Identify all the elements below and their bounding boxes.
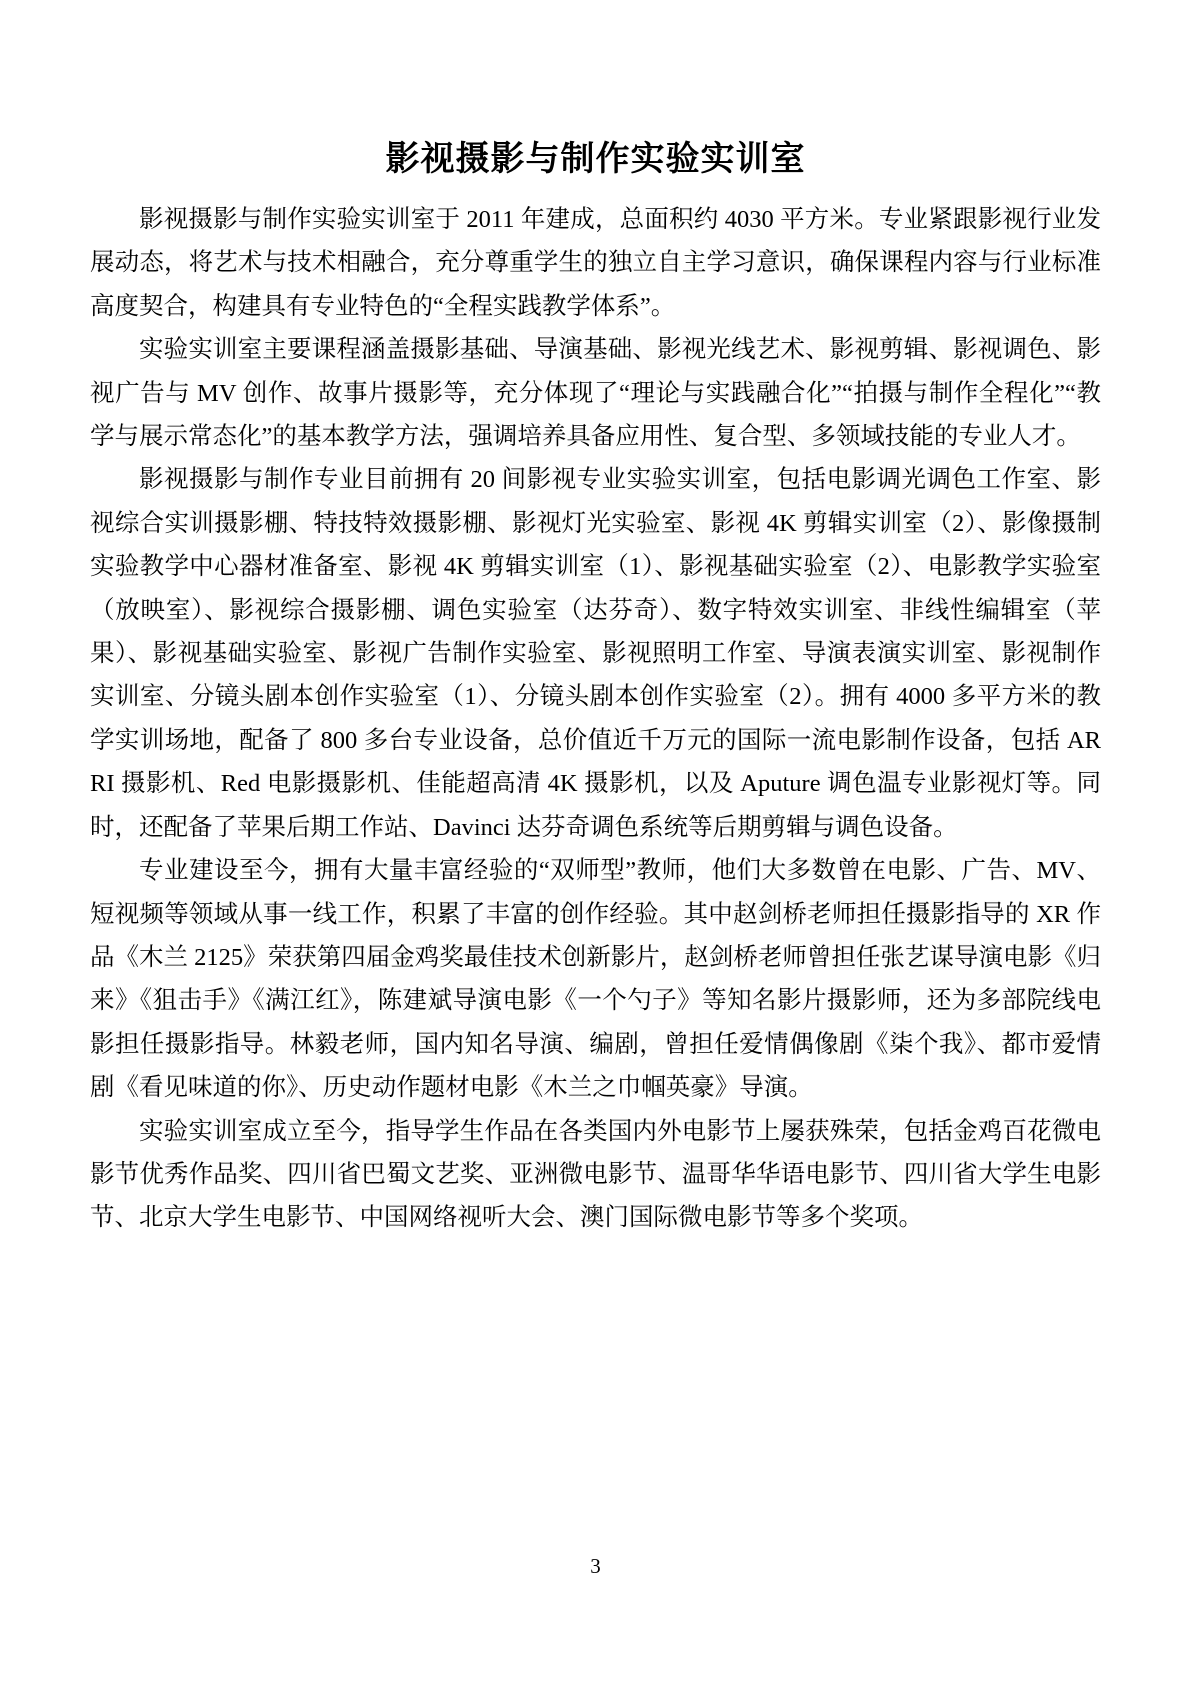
paragraph-faculty: 专业建设至今，拥有大量丰富经验的“双师型”教师，他们大多数曾在电影、广告、MV、… bbox=[90, 849, 1101, 1109]
paragraph-intro: 影视摄影与制作实验实训室于 2011 年建成，总面积约 4030 平方米。专业紧… bbox=[90, 198, 1101, 328]
paragraph-facilities: 影视摄影与制作专业目前拥有 20 间影视专业实验实训室，包括电影调光调色工作室、… bbox=[90, 458, 1101, 849]
page-footer: 3 bbox=[0, 1552, 1191, 1580]
paragraph-awards: 实验实训室成立至今，指导学生作品在各类国内外电影节上屡获殊荣，包括金鸡百花微电影… bbox=[90, 1110, 1101, 1240]
document-title: 影视摄影与制作实验实训室 bbox=[90, 138, 1101, 182]
document-content: 影视摄影与制作实验实训室 影视摄影与制作实验实训室于 2011 年建成，总面积约… bbox=[90, 138, 1101, 1240]
page-number: 3 bbox=[590, 1554, 601, 1578]
document-page: 影视摄影与制作实验实训室 影视摄影与制作实验实训室于 2011 年建成，总面积约… bbox=[0, 0, 1191, 1684]
paragraph-courses: 实验实训室主要课程涵盖摄影基础、导演基础、影视光线艺术、影视剪辑、影视调色、影视… bbox=[90, 328, 1101, 458]
